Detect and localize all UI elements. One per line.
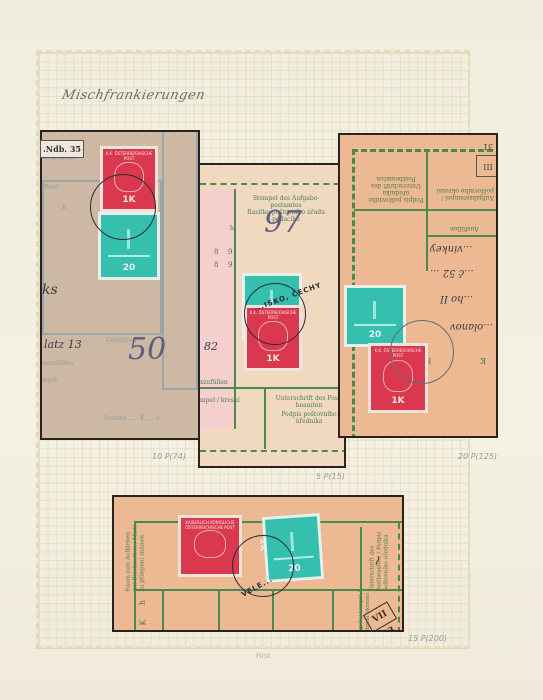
value-label: Wert bbox=[44, 184, 59, 191]
fragment-card-1[interactable]: ESSE Wert K Gebühren uszufüllen merk Sum… bbox=[40, 130, 200, 440]
price-note-4: 15 P(200) bbox=[408, 634, 447, 643]
dashed-border bbox=[200, 183, 346, 187]
sum-label: Summe ..... K .... h bbox=[104, 415, 160, 422]
handwritten-note: 82 bbox=[204, 340, 218, 353]
stamp-inscription: K.K. ÖSTERREICHISCHE POST bbox=[103, 151, 155, 161]
postmark bbox=[390, 320, 454, 384]
fill-label: xzufüllen bbox=[200, 379, 228, 386]
signature-label-cz: Podpis poštovního úředníka bbox=[368, 189, 424, 203]
price-note-1: 10 P(74) bbox=[152, 452, 186, 461]
handwritten-number: 97 bbox=[264, 205, 302, 240]
handwritten-line-3: ...ho II bbox=[440, 293, 473, 304]
price-note-3: 20 P(125) bbox=[458, 452, 497, 461]
signature-label-cz: Podpis poštovního úředníka bbox=[272, 411, 346, 425]
handwritten-line-2: ...č 52 ... bbox=[430, 267, 474, 278]
stamp-value: 1K bbox=[247, 354, 299, 364]
page-footer-label: First bbox=[256, 652, 271, 660]
handwritten-line-0: ...olanov bbox=[450, 321, 493, 332]
price-note-2: 5 P(15) bbox=[316, 472, 345, 481]
fragment-card-4[interactable]: Raum zum Aufkleben der Briefmarken / Mís… bbox=[112, 495, 404, 632]
row-divider-2 bbox=[426, 235, 498, 237]
handwritten-address: latz 13 bbox=[44, 338, 82, 351]
signature-label-de: Unterschrift des Post-beamten bbox=[272, 395, 346, 409]
currency-label: K bbox=[62, 204, 66, 211]
fragment-card-3[interactable]: Unterschrift des Postbeamten Podpis pošt… bbox=[338, 133, 498, 438]
digit-9a: 9 bbox=[228, 249, 232, 256]
fill-label: Ausfüllen bbox=[450, 225, 479, 232]
digit-9b: 9 bbox=[228, 262, 232, 269]
col-divider-4 bbox=[332, 589, 334, 632]
handwritten-line-1: ...vinkey bbox=[430, 243, 472, 254]
handwritten-name: ks bbox=[42, 282, 58, 298]
right-dashed-border bbox=[398, 523, 402, 632]
stamp-inscription: KAISERLICH KÖNIGLICHE ÖSTERREICHISCHE PO… bbox=[181, 520, 239, 530]
fill-label: uszufüllen bbox=[42, 360, 73, 367]
form-column bbox=[162, 130, 198, 390]
crown-crest-icon bbox=[194, 530, 227, 558]
album-page: Mischfrankierungen ESSE Wert K Gebühren … bbox=[0, 0, 543, 700]
currency-h: h bbox=[230, 225, 234, 232]
space-label: Raum zum Aufkleben der Briefmarken / Mís… bbox=[126, 524, 147, 592]
bottom-dashed-border bbox=[200, 450, 346, 454]
box-number: III 31 bbox=[476, 155, 498, 177]
col-divider-2 bbox=[218, 589, 220, 632]
h-label: h bbox=[139, 600, 146, 605]
handwritten-amount: 50 bbox=[128, 332, 166, 367]
stamp2-label: mpel / kresní bbox=[200, 397, 260, 404]
stamp-value: 1K bbox=[371, 396, 425, 406]
postmark bbox=[90, 174, 156, 240]
stamp-label: Aufgabsstempel / poštovního okresní bbox=[432, 187, 494, 201]
castle-icon bbox=[354, 298, 397, 326]
form-number-label: .Ndb. 35 bbox=[40, 140, 84, 158]
stamp-value: 20 bbox=[101, 263, 157, 273]
signature-label-de: Unterschrift des Postbeamten bbox=[368, 175, 424, 189]
col-divider bbox=[426, 151, 428, 271]
digit-8a: 8 bbox=[214, 249, 218, 256]
page-heading: Mischfrankierungen bbox=[60, 88, 206, 103]
digit-8b: 8 bbox=[214, 262, 218, 269]
k-label: K bbox=[480, 357, 486, 364]
k-label: K bbox=[139, 620, 146, 626]
col-divider-1 bbox=[162, 589, 164, 632]
remark-label: merk bbox=[42, 377, 58, 384]
fragment-card-2[interactable]: Stempel des Aufgabe-postamtes Razítko po… bbox=[198, 163, 346, 468]
